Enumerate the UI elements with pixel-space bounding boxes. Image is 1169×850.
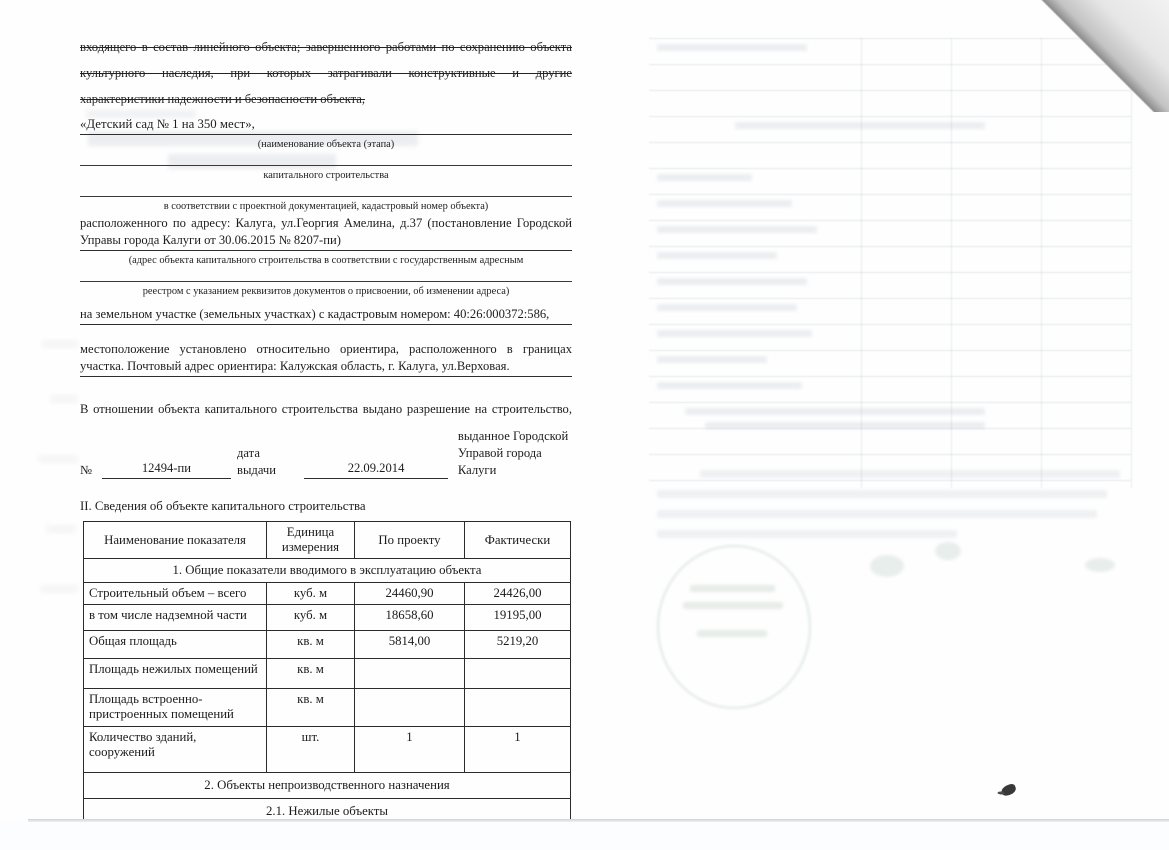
ghost-text-bar [657, 174, 752, 181]
field-caption: (адрес объекта капитального строительств… [80, 254, 572, 267]
address-line: расположенного по адресу: Калуга, ул.Гео… [80, 215, 572, 232]
ghost-paragraph-bar [700, 470, 1120, 478]
table-row: Строительный объем – всего куб. м 24460,… [84, 583, 571, 605]
permit-intro: В отношении объекта капитального строите… [80, 401, 572, 418]
field-caption: реестром с указанием реквизитов документ… [80, 285, 572, 298]
table-section-title: 2. Объекты непроизводственного назначени… [84, 773, 571, 799]
table-header-cell: Фактически [465, 522, 571, 559]
ghost-text-bar [657, 356, 767, 363]
bleedthrough-smudge [50, 395, 78, 403]
bleedthrough-smudge [42, 340, 78, 348]
struck-line: входящего в состав линейного объекта; за… [80, 34, 572, 60]
indicator-unit: кв. м [267, 631, 355, 659]
ghost-mark [870, 555, 904, 577]
ghost-text-bar [657, 330, 812, 337]
table-section-row: 2. Объекты непроизводственного назначени… [84, 773, 571, 799]
ghost-text-bar [657, 278, 807, 285]
indicator-unit: куб. м [267, 605, 355, 631]
table-row: Площадь встроенно-пристроенных помещений… [84, 689, 571, 727]
ghost-stamp-text [690, 585, 775, 592]
bleedthrough-smudge [38, 455, 78, 463]
indicator-project [355, 659, 465, 689]
table-row: в том числе надземной части куб. м 18658… [84, 605, 571, 631]
ghost-mark [935, 542, 961, 560]
indicator-actual: 1 [465, 727, 571, 773]
ghost-table-grid-line [951, 38, 952, 488]
ghost-paragraph-bar [657, 490, 1107, 498]
indicator-name: Площадь нежилых помещений [84, 659, 267, 689]
indicator-name: Строительный объем – всего [84, 583, 267, 605]
indicator-project: 5814,00 [355, 631, 465, 659]
field-caption: в соответствии с проектной документацией… [80, 200, 572, 213]
location-line: местоположение установлено относительно … [80, 341, 572, 358]
ghost-text-bar [705, 422, 985, 429]
ghost-paragraph-bar [657, 510, 1097, 518]
bleedthrough-smudge [46, 525, 76, 533]
table-row: Площадь нежилых помещений кв. м [84, 659, 571, 689]
ghost-table-grid-line [861, 38, 862, 488]
table-row: Количество зданий, сооружений шт. 1 1 [84, 727, 571, 773]
blank-field-rule [80, 267, 572, 282]
struck-paragraph: входящего в состав линейного объекта; за… [80, 34, 572, 112]
blank-field-rule [80, 151, 572, 166]
permit-number-row: № 12494-пи дата выдачи 22.09.2014 выданн… [80, 428, 572, 479]
page-curl-corner [1029, 0, 1169, 112]
ghost-stamp-circle [657, 545, 811, 709]
field-caption: (наименование объекта (этапа) [80, 138, 572, 151]
indicator-name: в том числе надземной части [84, 605, 267, 631]
ghost-text-bar [657, 304, 797, 311]
document-content: входящего в состав линейного объекта; за… [80, 34, 572, 839]
table-row: Общая площадь кв. м 5814,00 5219,20 [84, 631, 571, 659]
ghost-mark [1085, 558, 1115, 572]
permit-issuer-line: выданное Городской [458, 429, 568, 443]
struck-line: культурного наследия, при которых затраг… [80, 60, 572, 86]
permit-date-value: 22.09.2014 [304, 460, 448, 479]
field-caption: капитального строительства [80, 169, 572, 182]
ghost-text-bar [657, 252, 777, 259]
indicator-project [355, 689, 465, 727]
ghost-text-bar [657, 226, 817, 233]
indicator-project: 1 [355, 727, 465, 773]
object-name-line: «Детский сад № 1 на 350 мест», [80, 115, 572, 135]
indicator-actual: 5219,20 [465, 631, 571, 659]
scanned-document-page: входящего в состав линейного объекта; за… [0, 0, 1169, 850]
permit-issuer: выданное Городской Управой города Калуги [458, 428, 572, 479]
ghost-stamp-text [697, 630, 767, 637]
adjacent-page-ghost [645, 30, 1139, 775]
indicator-project: 18658,60 [355, 605, 465, 631]
indicator-unit: кв. м [267, 659, 355, 689]
ghost-text-bar [735, 122, 985, 129]
land-plot-line: на земельном участке (земельных участках… [80, 306, 572, 325]
ghost-paragraph-bar [657, 530, 957, 538]
table-header-cell: Наименование показателя [84, 522, 267, 559]
location-line: участка. Почтовый адрес ориентира: Калуж… [80, 358, 572, 377]
ghost-text-bar [685, 408, 985, 415]
indicator-name: Количество зданий, сооружений [84, 727, 267, 773]
ink-smudge-mark [1000, 783, 1017, 797]
permit-number-value: 12494-пи [102, 460, 231, 479]
indicator-name: Общая площадь [84, 631, 267, 659]
blank-field-rule [80, 182, 572, 197]
permit-date-label: дата выдачи [237, 445, 296, 479]
indicator-actual: 19195,00 [465, 605, 571, 631]
ghost-text-bar [657, 200, 792, 207]
table-header-cell: Единица измерения [267, 522, 355, 559]
address-line: Управы города Калуги от 30.06.2015 № 820… [80, 232, 572, 251]
ghost-stamp-text [683, 602, 783, 609]
table-section-title: 1. Общие показатели вводимого в эксплуат… [84, 559, 571, 583]
indicator-actual: 24426,00 [465, 583, 571, 605]
permit-issuer-line: Управой города Калуги [458, 446, 542, 477]
indicator-unit: куб. м [267, 583, 355, 605]
table-section-row: 1. Общие показатели вводимого в эксплуат… [84, 559, 571, 583]
ghost-text-bar [657, 44, 807, 51]
table-header-row: Наименование показателя Единица измерени… [84, 522, 571, 559]
scanner-background [0, 822, 1169, 850]
bleedthrough-smudge [40, 585, 78, 593]
indicator-actual [465, 689, 571, 727]
section-title: II. Сведения об объекте капитального стр… [80, 499, 572, 514]
struck-line: характеристики надежности и безопасности… [80, 86, 572, 112]
indicator-actual [465, 659, 571, 689]
construction-info-table: Наименование показателя Единица измерени… [83, 521, 571, 839]
indicator-unit: шт. [267, 727, 355, 773]
indicator-project: 24460,90 [355, 583, 465, 605]
permit-number-label: № [80, 462, 102, 479]
indicator-unit: кв. м [267, 689, 355, 727]
table-header-cell: По проекту [355, 522, 465, 559]
indicator-name: Площадь встроенно-пристроенных помещений [84, 689, 267, 727]
table-section-title-line: 2.1. Нежилые объекты [266, 804, 388, 818]
ghost-text-bar [657, 382, 802, 389]
